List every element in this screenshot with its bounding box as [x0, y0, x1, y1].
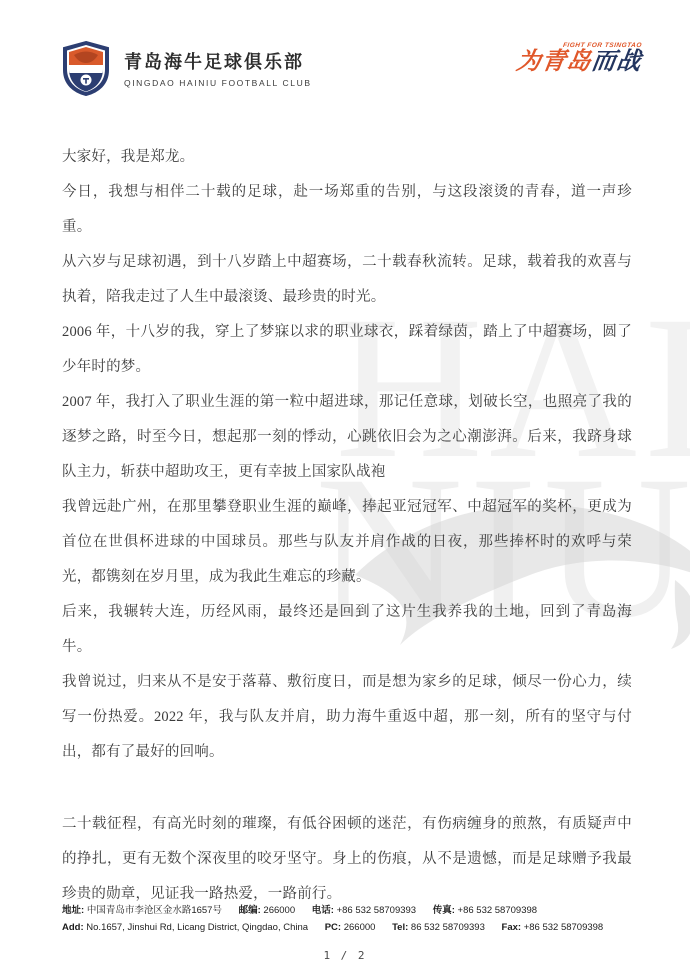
page-number: 1 / 2 — [0, 949, 690, 962]
paragraph-guangzhou: 我曾远赴广州，在那里攀登职业生涯的巅峰，捧起亚冠冠军、中超冠军的奖杯，更成为首位… — [62, 490, 632, 595]
paragraph-greeting: 大家好，我是郑龙。 — [62, 140, 632, 175]
phone-value-en: 86 532 58709393 — [411, 922, 485, 933]
page-header: 青岛海牛足球俱乐部 QINGDAO HAINIU FOOTBALL CLUB F… — [60, 40, 642, 102]
letter-body: 大家好，我是郑龙。 今日，我想与相伴二十载的足球，赴一场郑重的告别，与这段滚烫的… — [62, 140, 632, 912]
paragraph-2022-promotion: 我曾说过，归来从不是安于落幕、敷衍度日，而是想为家乡的足球，倾尽一份心力，续写一… — [62, 665, 632, 770]
paragraph-2007-goal: 2007 年，我打入了职业生涯的第一粒中超进球，那记任意球，划破长空，也照亮了我… — [62, 385, 632, 490]
club-name-cn: 青岛海牛足球俱乐部 — [124, 48, 312, 74]
contact-footer: 地址: 中国青岛市李沧区金水路1657号 邮编: 266000 电话: +86 … — [62, 902, 642, 936]
club-name-block: 青岛海牛足球俱乐部 QINGDAO HAINIU FOOTBALL CLUB — [124, 48, 312, 88]
paragraph-journey-reflection: 二十载征程，有高光时刻的璀璨，有低谷困顿的迷茫，有伤病缠身的煎熬，有质疑声中的挣… — [62, 807, 632, 912]
letter-page: 青岛海牛足球俱乐部 QINGDAO HAINIU FOOTBALL CLUB F… — [0, 0, 690, 976]
club-crest-icon — [60, 40, 112, 96]
slogan-cn: 为青岛而战 — [515, 49, 644, 75]
paragraph-twenty-years: 从六岁与足球初遇，到十八岁踏上中超赛场，二十载春秋流转。足球，载着我的欢喜与执着… — [62, 245, 632, 315]
fax-value-cn: +86 532 58709398 — [458, 905, 538, 916]
fax-label-cn: 传真: — [433, 905, 455, 916]
fax-label-en: Fax: — [502, 922, 522, 933]
club-brand: 青岛海牛足球俱乐部 QINGDAO HAINIU FOOTBALL CLUB — [60, 40, 312, 96]
paragraph-return-qingdao: 后来，我辗转大连，历经风雨，最终还是回到了这片生我养我的土地，回到了青岛海牛。 — [62, 595, 632, 665]
slogan-cn-orange: 为青岛 — [515, 48, 594, 75]
postcode-value-cn: 266000 — [263, 905, 295, 916]
slogan-logo: FIGHT FOR TSINGTAO 为青岛而战 — [515, 42, 645, 75]
phone-label-en: Tel: — [392, 922, 408, 933]
address-label-en: Add: — [62, 922, 84, 933]
fax-value-en: +86 532 58709398 — [524, 922, 604, 933]
postcode-value-en: 266000 — [344, 922, 376, 933]
paragraph-farewell: 今日，我想与相伴二十载的足球，赴一场郑重的告别，与这段滚烫的青春，道一声珍重。 — [62, 175, 632, 245]
postcode-label-en: PC: — [325, 922, 341, 933]
slogan-cn-navy: 而战 — [590, 48, 644, 75]
address-value-cn: 中国青岛市李沧区金水路1657号 — [87, 905, 222, 916]
paragraph-2006-debut: 2006 年，十八岁的我，穿上了梦寐以求的职业球衣，踩着绿茵，踏上了中超赛场，圆… — [62, 315, 632, 385]
phone-label-cn: 电话: — [312, 905, 334, 916]
address-value-en: No.1657, Jinshui Rd, Licang District, Qi… — [86, 922, 308, 933]
footer-row-en: Add: No.1657, Jinshui Rd, Licang Distric… — [62, 919, 642, 936]
address-label-cn: 地址: — [62, 905, 84, 916]
club-name-en: QINGDAO HAINIU FOOTBALL CLUB — [124, 78, 312, 88]
footer-row-cn: 地址: 中国青岛市李沧区金水路1657号 邮编: 266000 电话: +86 … — [62, 902, 642, 919]
postcode-label-cn: 邮编: — [239, 905, 261, 916]
phone-value-cn: +86 532 58709393 — [337, 905, 417, 916]
